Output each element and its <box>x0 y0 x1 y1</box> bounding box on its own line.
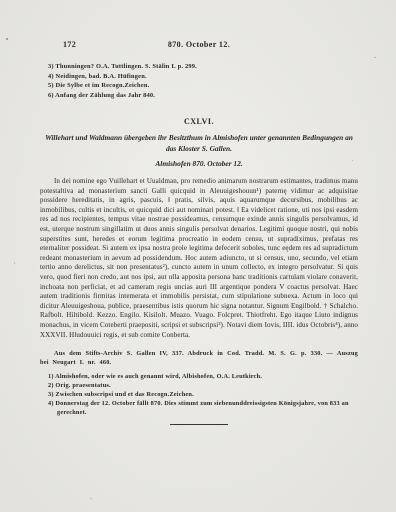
charter-title: Willehart und Waldmann übergeben ihr Bes… <box>43 132 355 154</box>
footnote-line: 3) Thunningen? O.A. Tuttlingen. S. Stäli… <box>40 62 358 72</box>
footnote-line: 6) Anfang der Zählung das Jahr 840. <box>40 91 358 101</box>
footnote-line: 1) Almishofen, oder wie es auch genannt … <box>40 372 358 381</box>
footnote-line: 4) Donnerstag der 12. October fällt 870.… <box>40 399 358 417</box>
scanned-page: 172 870. October 12. 3) Thunningen? O.A.… <box>0 0 396 512</box>
footnote-line: 3) Zwischen subscripsi und et das Recogn… <box>40 390 358 399</box>
footnote-line: 2) Orig. praesentatus. <box>40 381 358 390</box>
scan-speck <box>374 57 376 58</box>
previous-page-footnotes: 3) Thunningen? O.A. Tuttlingen. S. Stäli… <box>40 62 358 100</box>
footnote-line: 5) Die Sylbe et im Recogn.Zeichen. <box>40 81 358 91</box>
charter-body-text: In dei nomine ego Vuillehart et Uualdman… <box>40 177 358 340</box>
charter-dateline: Almishofen 870. October 12. <box>40 159 358 168</box>
running-head: 870. October 12. <box>40 40 358 49</box>
charter-footnotes: 1) Almishofen, oder wie es auch genannt … <box>40 372 358 417</box>
scan-speck <box>14 262 15 264</box>
charter-number: CXLVI. <box>40 117 358 126</box>
scan-speck <box>90 498 92 499</box>
footnote-line: 4) Neidingen, bad. B.A. Hüfingen. <box>40 72 358 82</box>
scan-speck <box>6 38 8 40</box>
scan-speck <box>352 160 353 161</box>
page-header: 172 870. October 12. <box>40 40 358 50</box>
section-divider-rule <box>170 424 228 425</box>
source-note: Aus dem Stifts-Archiv S. Gallen IV, 337.… <box>40 350 358 368</box>
